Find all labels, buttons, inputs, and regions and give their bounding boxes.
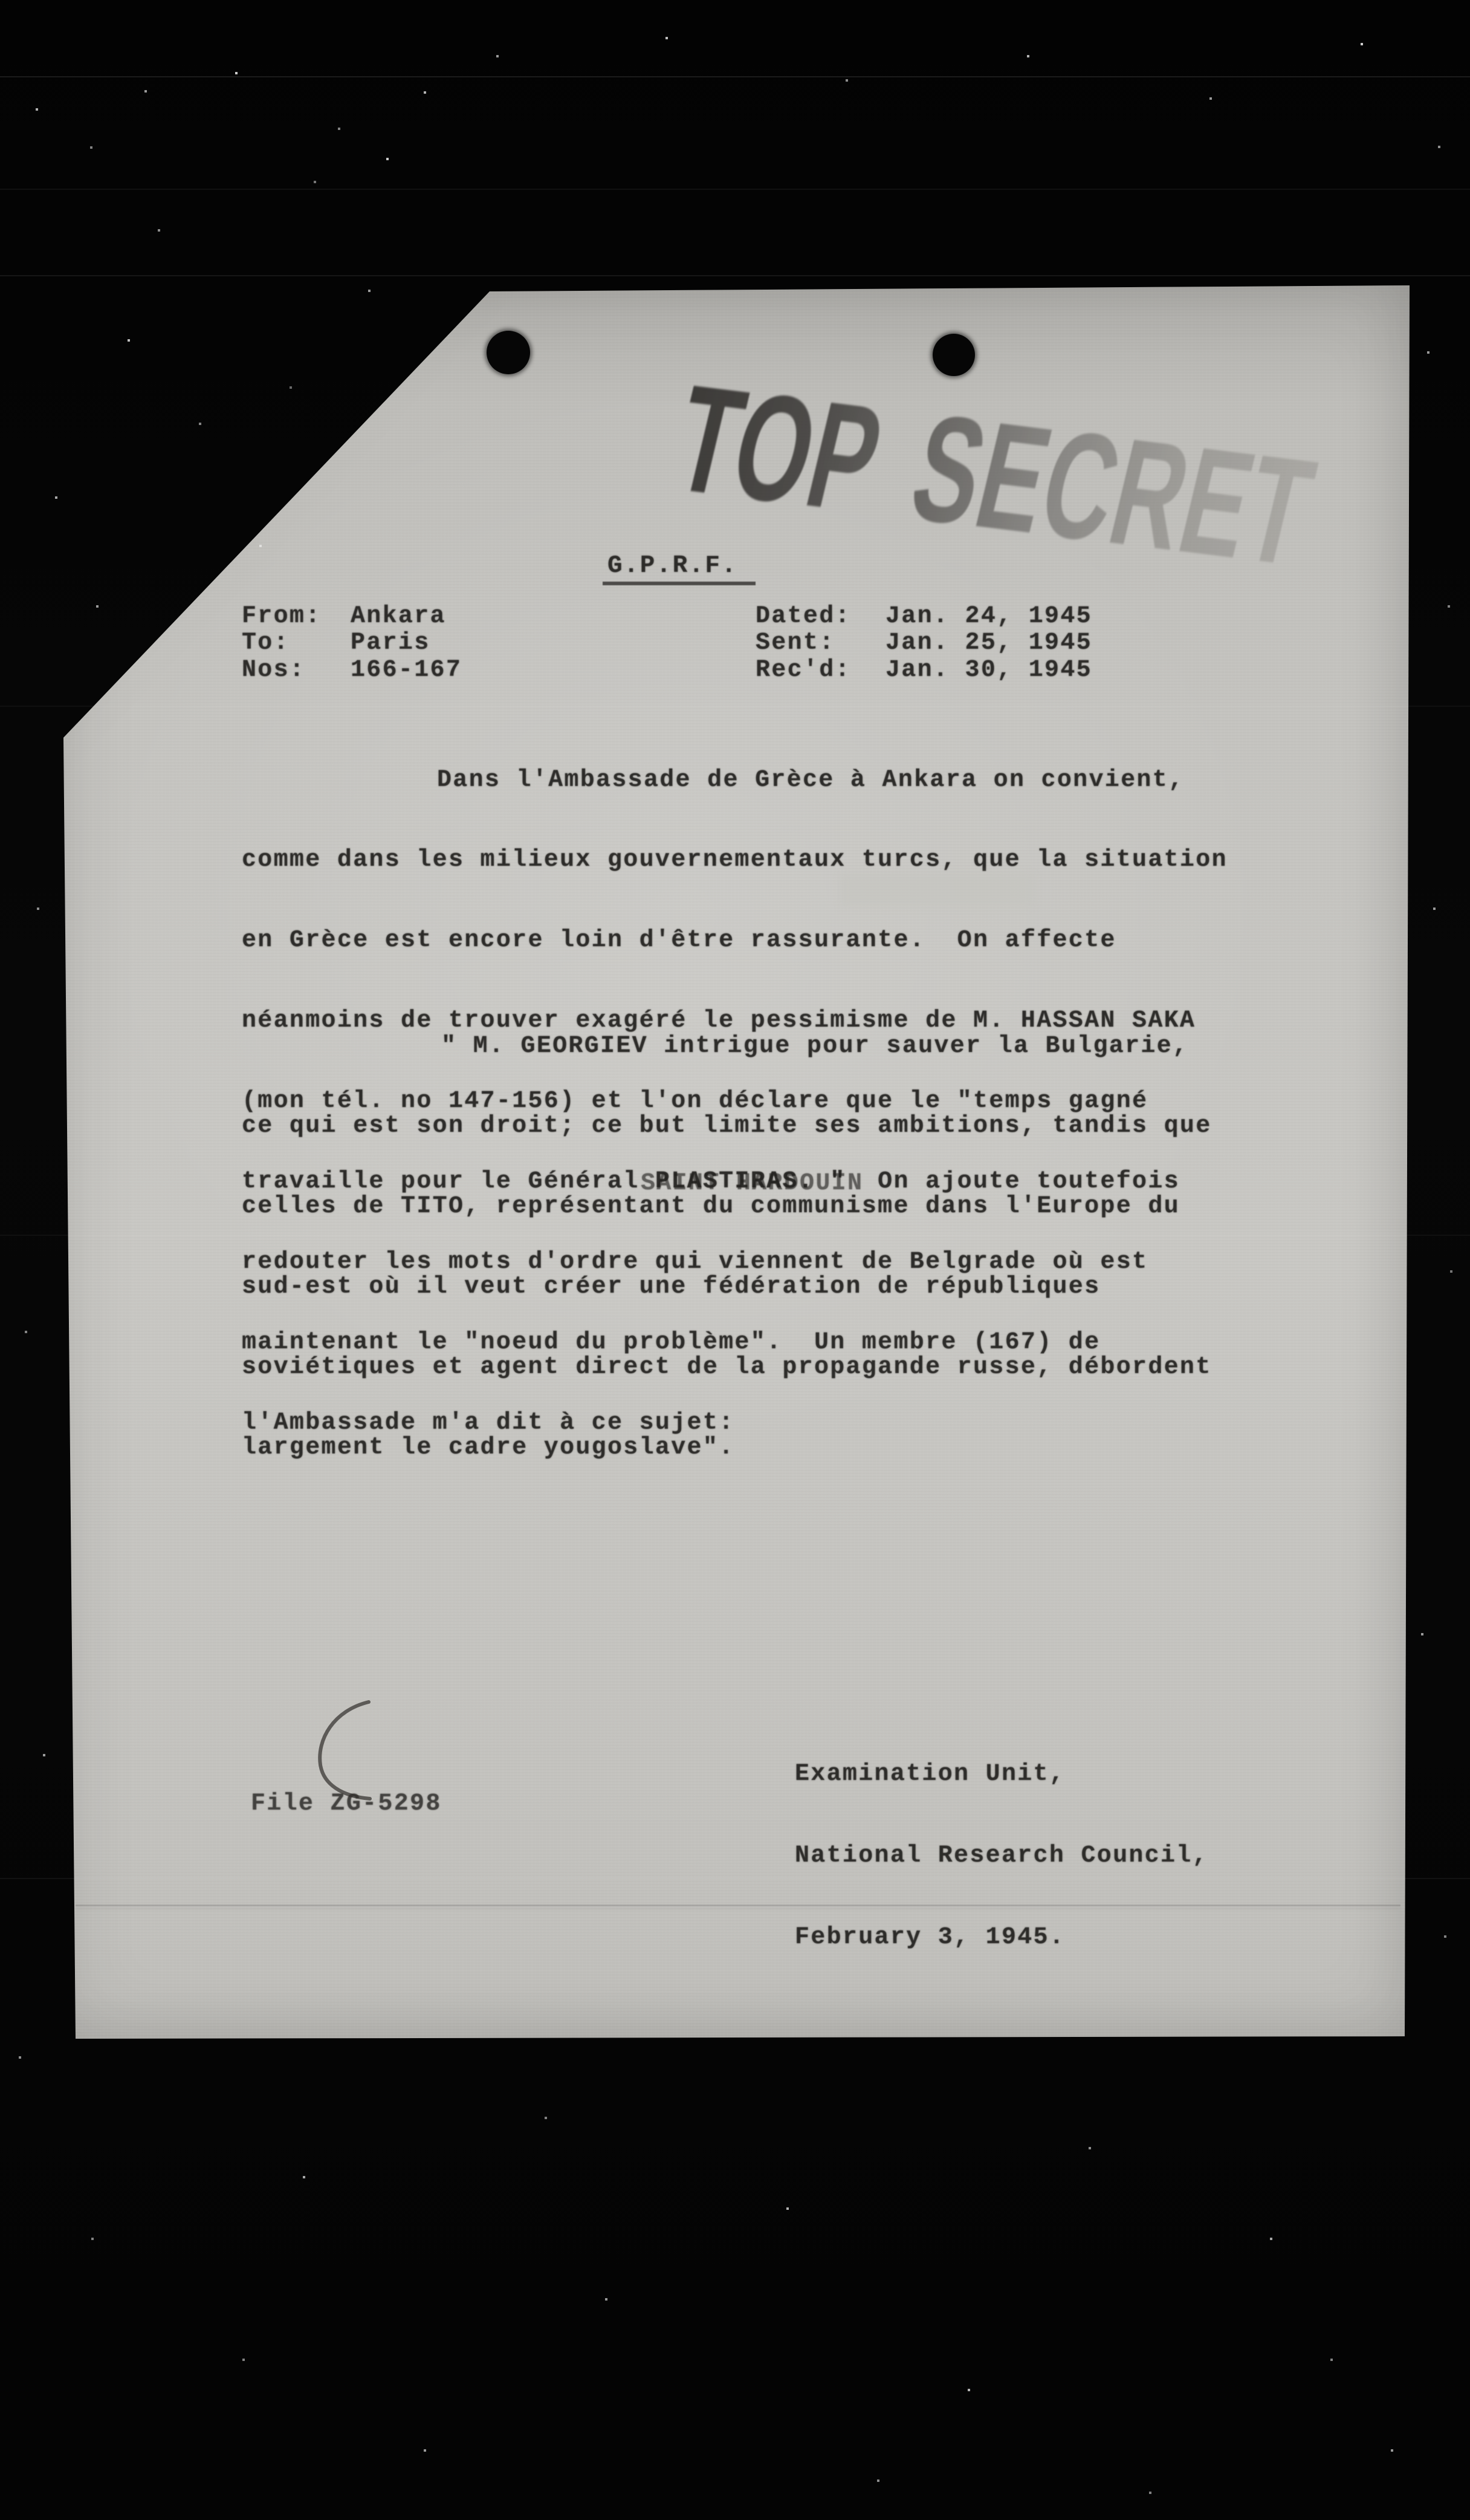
- nos-value: 166-167: [351, 657, 462, 684]
- org-line: National Research Council,: [795, 1842, 1208, 1869]
- sent-label: Sent:: [756, 630, 886, 657]
- body-line: largement le cadre yougoslave".: [242, 1435, 1212, 1461]
- meta-row-nos: Nos:166-167: [242, 657, 462, 684]
- body-line: celles de TITO, représentant du communis…: [242, 1193, 1212, 1220]
- meta-row-from: From:Ankara: [242, 603, 446, 630]
- scan-streak: [0, 275, 1470, 276]
- dated-value: Jan. 24, 1945: [886, 603, 1092, 630]
- top-secret-stamp: TOP SECRET: [663, 363, 1326, 589]
- recd-label: Rec'd:: [756, 657, 886, 684]
- from-value: Ankara: [351, 603, 446, 630]
- body-line: Dans l'Ambassade de Grèce à Ankara on co…: [242, 767, 1228, 794]
- handwritten-mark: [308, 1696, 381, 1805]
- examination-unit-block: Examination Unit, National Research Coun…: [795, 1706, 1208, 2005]
- body-line: sud-est où il veut créer une fédération …: [242, 1274, 1212, 1301]
- org-line: February 3, 1945.: [795, 1924, 1208, 1951]
- meta-row-dated: Dated:Jan. 24, 1945: [756, 603, 1092, 630]
- to-label: To:: [242, 630, 351, 657]
- body-line: soviétiques et agent direct de la propag…: [242, 1354, 1212, 1381]
- crease-line: [76, 1905, 1400, 1906]
- meta-row-to: To:Paris: [242, 630, 430, 657]
- recd-value: Jan. 30, 1945: [886, 657, 1092, 684]
- sent-value: Jan. 25, 1945: [886, 629, 1092, 657]
- faded-ink-blotch: [840, 874, 1034, 906]
- body-paragraph-2: " M. GEORGIEV intrigue pour sauver la Bu…: [242, 979, 1212, 1515]
- hole-punch-right: [933, 334, 975, 376]
- body-line: " M. GEORGIEV intrigue pour sauver la Bu…: [242, 1033, 1212, 1060]
- meta-row-recd: Rec'd:Jan. 30, 1945: [756, 657, 1092, 684]
- from-label: From:: [242, 603, 351, 630]
- scan-streak: [0, 189, 1470, 190]
- to-value: Paris: [351, 629, 430, 657]
- nos-label: Nos:: [242, 657, 351, 684]
- signature: SAINT HARDOUIN: [641, 1171, 863, 1197]
- paper-sheet: TOP SECRET G.P.R.F. From:Ankara To:Paris…: [63, 283, 1410, 2039]
- body-line: ce qui est son droit; ce but limite ses …: [242, 1113, 1212, 1140]
- body-line: en Grèce est encore loin d'être rassuran…: [242, 927, 1228, 954]
- body-line: comme dans les milieux gouvernementaux t…: [242, 847, 1228, 874]
- meta-row-sent: Sent:Jan. 25, 1945: [756, 630, 1092, 657]
- dust-specks: [0, 0, 1, 1]
- hole-punch-left: [487, 331, 530, 374]
- document-heading: G.P.R.F.: [603, 553, 756, 585]
- document-scan-page: TOP SECRET G.P.R.F. From:Ankara To:Paris…: [0, 0, 1470, 2520]
- scan-streak: [0, 76, 1470, 77]
- org-line: Examination Unit,: [795, 1761, 1208, 1788]
- dated-label: Dated:: [756, 603, 886, 630]
